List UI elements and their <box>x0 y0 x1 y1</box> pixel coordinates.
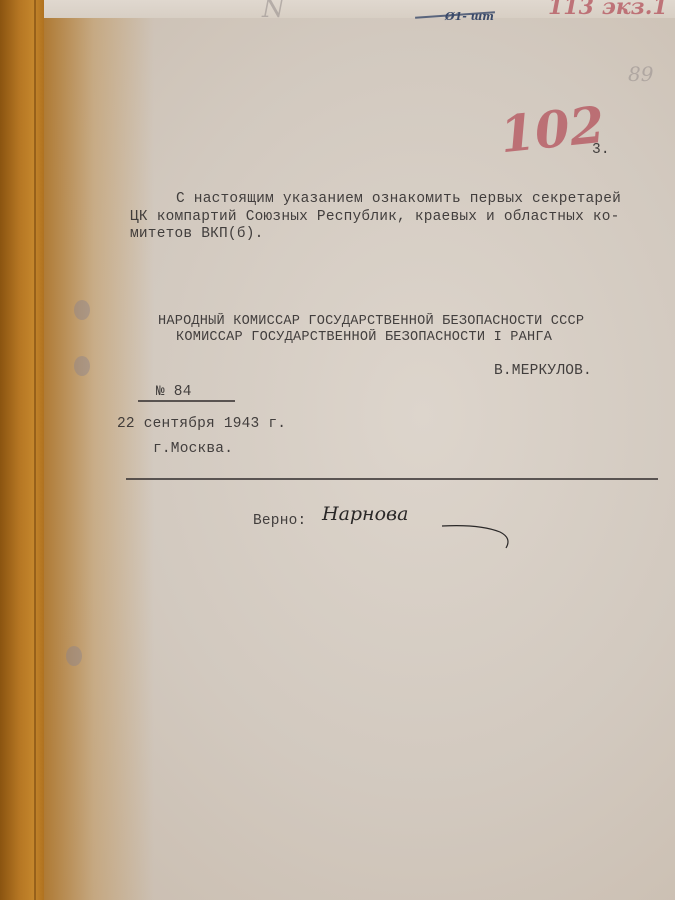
body-line-3: митетов ВКП(б). <box>130 226 264 242</box>
pencil-page-number: 89 <box>628 62 653 86</box>
binder-fold-line <box>34 0 36 900</box>
signatory-title-line-2: КОМИССАР ГОСУДАРСТВЕННОЙ БЕЗОПАСНОСТИ I … <box>176 330 552 345</box>
red-stamp-copy-number: 113 экз.1 <box>548 0 668 20</box>
punch-hole-mark <box>74 300 90 320</box>
certification-label: Верно: <box>253 513 306 529</box>
blue-ink-note: Ø1- шт <box>445 10 494 23</box>
body-line-2: ЦК компартий Союзных Республик, краевых … <box>130 209 620 225</box>
binder-edge <box>0 0 48 900</box>
signature-flourish <box>440 520 515 552</box>
page-left-discoloration <box>44 18 154 900</box>
body-line-1: С настоящим указанием ознакомить первых … <box>176 191 621 207</box>
punch-hole-mark <box>74 356 90 376</box>
typed-page-number: 3. <box>592 142 610 158</box>
document-number-underline <box>138 400 235 402</box>
red-folio-number: 102 <box>497 95 607 165</box>
document-place: г.Москва. <box>153 441 233 457</box>
document-date: 22 сентября 1943 г. <box>117 416 286 432</box>
handwritten-signature: Нарнова <box>322 503 408 525</box>
pencil-letter-mark: N <box>262 0 285 24</box>
document-number: № 84 <box>156 384 192 400</box>
separator-line <box>126 478 658 480</box>
signatory-title-line-1: НАРОДНЫЙ КОМИССАР ГОСУДАРСТВЕННОЙ БЕЗОПА… <box>158 314 584 329</box>
signatory-name: В.МЕРКУЛОВ. <box>494 363 592 379</box>
punch-hole-mark <box>66 646 82 666</box>
